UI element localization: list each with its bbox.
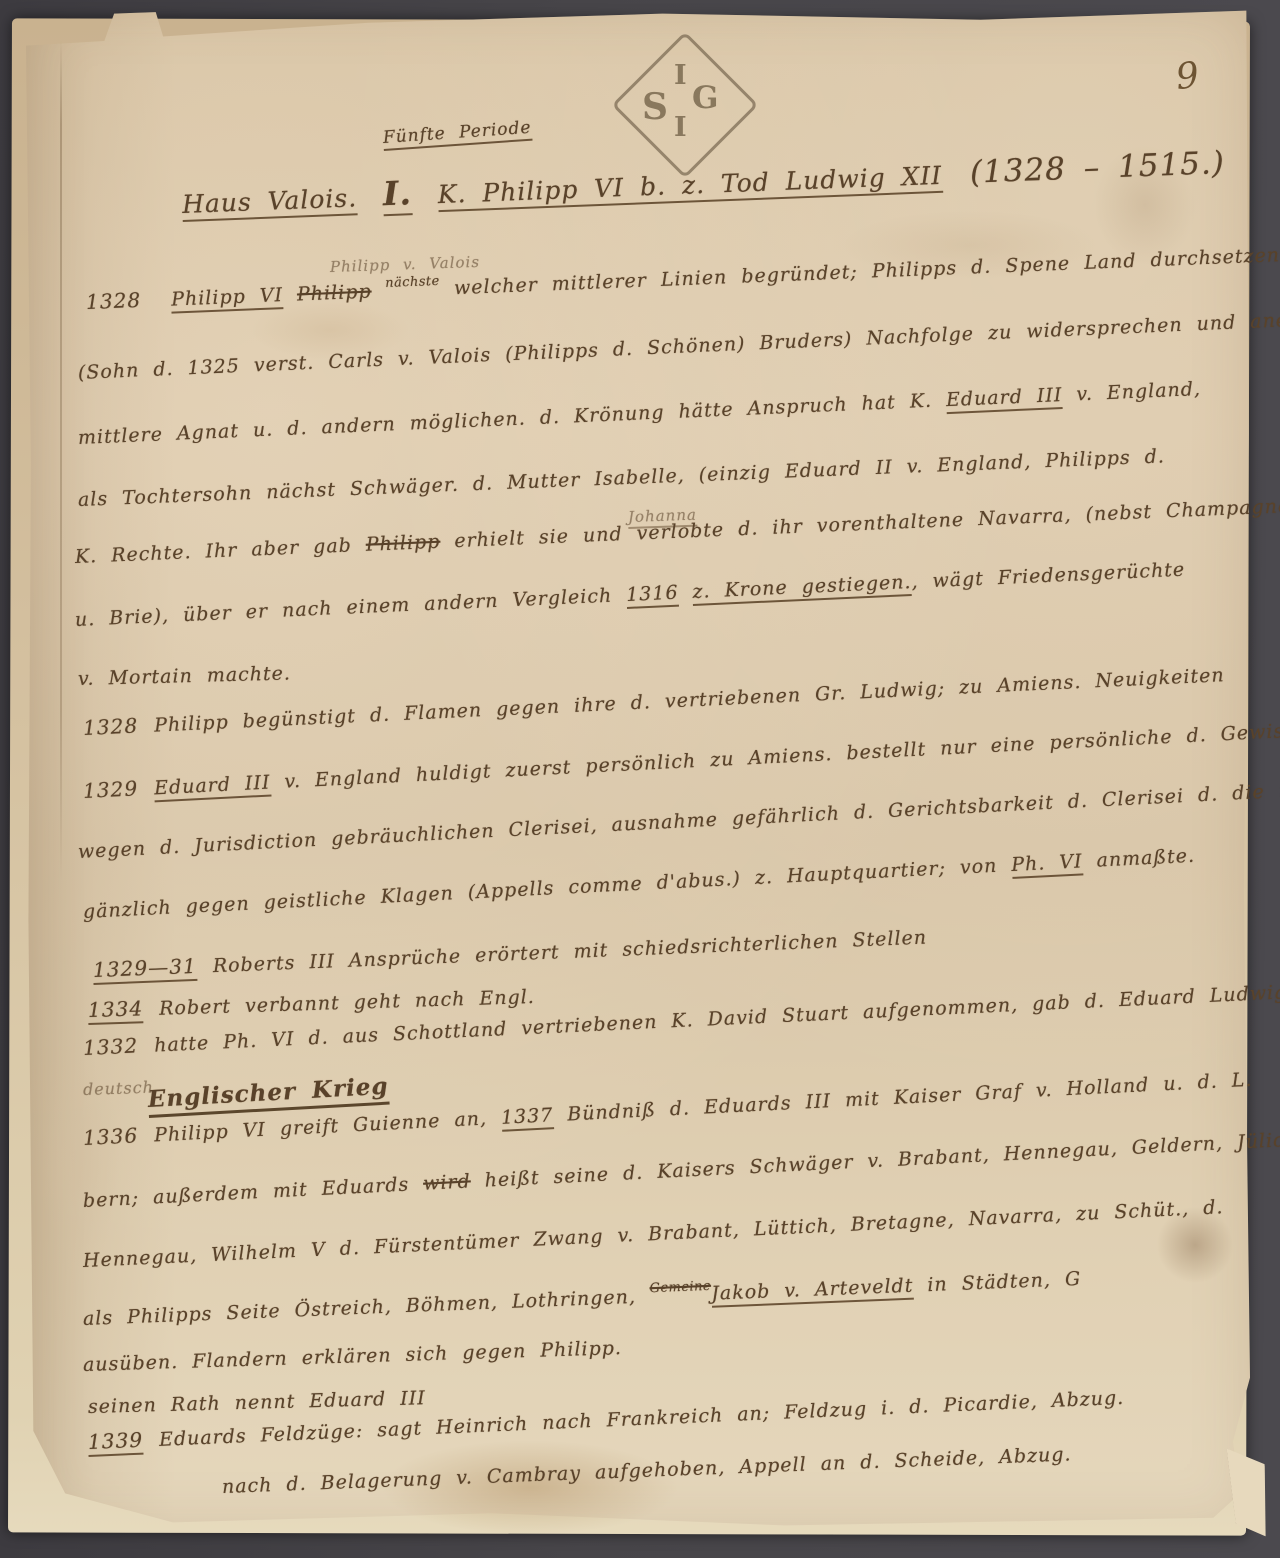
- line-text: [678, 581, 693, 604]
- underlined-year: 1337: [500, 1104, 554, 1132]
- stamp-letter-left: S: [642, 86, 668, 128]
- margin-date: 1332: [82, 1033, 138, 1060]
- struck-word: Philipp: [365, 531, 440, 556]
- title-numeral: I.: [382, 173, 413, 216]
- underlined-year: 1316: [626, 582, 679, 609]
- margin-date: 1329—31: [92, 954, 197, 985]
- scanned-manuscript: { "colors":{"background":"#47454a","pape…: [0, 0, 1280, 1558]
- struck-word: Philipp: [297, 281, 372, 306]
- struck-word: wird: [423, 1170, 472, 1194]
- page-number: 9: [1174, 55, 1201, 98]
- struck-interline-word: Gemeine: [649, 1279, 711, 1296]
- paper-crease: [60, 40, 62, 880]
- underlined-name: Ph. VI: [1011, 850, 1084, 879]
- title-house: Haus Valois.: [182, 183, 358, 222]
- margin-date: 1328: [82, 713, 138, 740]
- margin-date: 1328: [86, 288, 142, 314]
- underlined-name: Eduard III: [946, 384, 1063, 414]
- margin-date: 1339: [87, 1428, 143, 1457]
- interline-word: nächste: [385, 274, 440, 291]
- stamp-letter-bottom: I: [674, 112, 687, 143]
- stamp-letter-top: I: [674, 60, 687, 91]
- entry-name: Philipp VI: [171, 284, 284, 313]
- stamp-diamond-border: [611, 31, 758, 178]
- library-stamp: I S G I: [608, 36, 758, 176]
- margin-date: 1329: [82, 776, 138, 803]
- margin-date: 1336: [82, 1123, 138, 1150]
- margin-date: 1334: [88, 996, 144, 1025]
- stamp-letter-right: G: [692, 80, 718, 116]
- partial-word: deutsch: [83, 1078, 155, 1099]
